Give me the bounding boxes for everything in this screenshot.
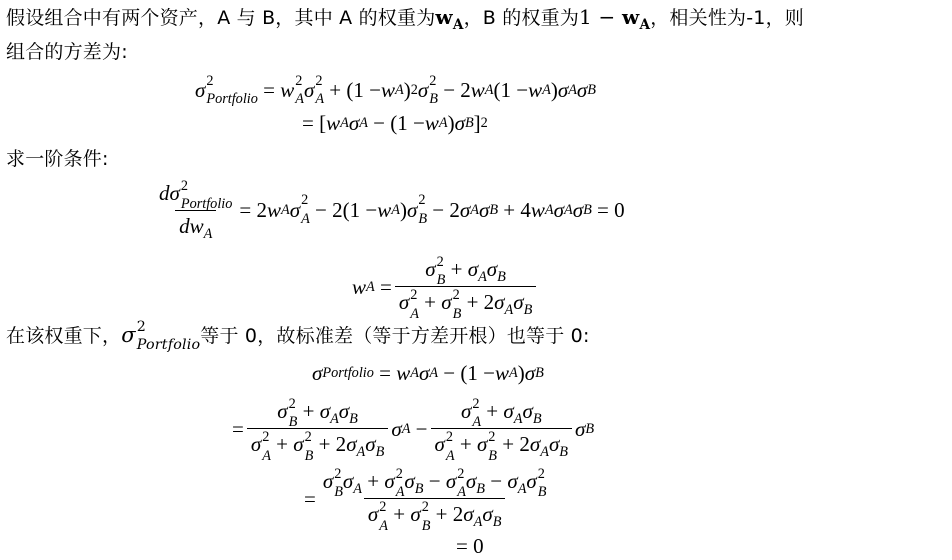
intro-line-2: 组合的方差为: [6,40,128,64]
optimal-weight-fraction: σ2B + σAσB σ2A + σ2B + 2σAσB [395,256,537,319]
sigma-portfolio-symbol: σ2Portfolio [121,323,200,347]
equation-variance: σ2Portfolio = w2Aσ2A + (1 − wA)2σ2B − 2w… [195,76,596,105]
foc-label: 求一阶条件: [6,147,109,171]
substituted-fraction-b: σ2A + σAσB σ2A + σ2B + 2σAσB [431,398,573,461]
equation-std-dev: σPortfolio = wAσA − (1 − wA)σB [312,360,544,386]
equation-result-zero: = 0 [456,533,484,559]
derivative-fraction: dσ2Portfolio dwA [155,180,236,239]
intro-text-2: ，B 的权重为 [464,7,579,29]
intro-line-1: 假设组合中有两个资产，A 与 B，其中 A 的权重为wA，B 的权重为1 − w… [6,5,804,30]
conclusion-text-1: 在该权重下， [6,325,121,347]
equation-variance-factored: = [wAσA − (1 − wA)σB]2 [302,110,488,136]
weight-a-symbol: wA [435,5,463,29]
conclusion-text-2: 等于 0，故标准差（等于方差开根）也等于 0: [200,325,589,347]
equation-std-dev-substituted: = σ2B + σAσB σ2A + σ2B + 2σAσB σA − σ2A … [232,398,594,461]
weight-b-symbol: 1 − wA [579,5,650,29]
intro-text-3: ，相关性为-1，则 [650,7,804,29]
equation-first-order: dσ2Portfolio dwA = 2wAσ2A − 2(1 − wA)σ2B… [152,180,625,239]
intro-text-1: 假设组合中有两个资产，A 与 B，其中 A 的权重为 [6,7,435,29]
equation-optimal-weight: wA = σ2B + σAσB σ2A + σ2B + 2σAσB [352,256,539,319]
substituted-fraction-a: σ2B + σAσB σ2A + σ2B + 2σAσB [247,398,389,461]
conclusion-line: 在该权重下，σ2Portfolio等于 0，故标准差（等于方差开根）也等于 0: [6,322,590,351]
equation-std-dev-combined: = σ2BσA + σ2AσB − σ2AσB − σAσ2B σ2A + σ2… [304,468,554,531]
combined-fraction: σ2BσA + σ2AσB − σ2AσB − σAσ2B σ2A + σ2B … [319,468,551,531]
